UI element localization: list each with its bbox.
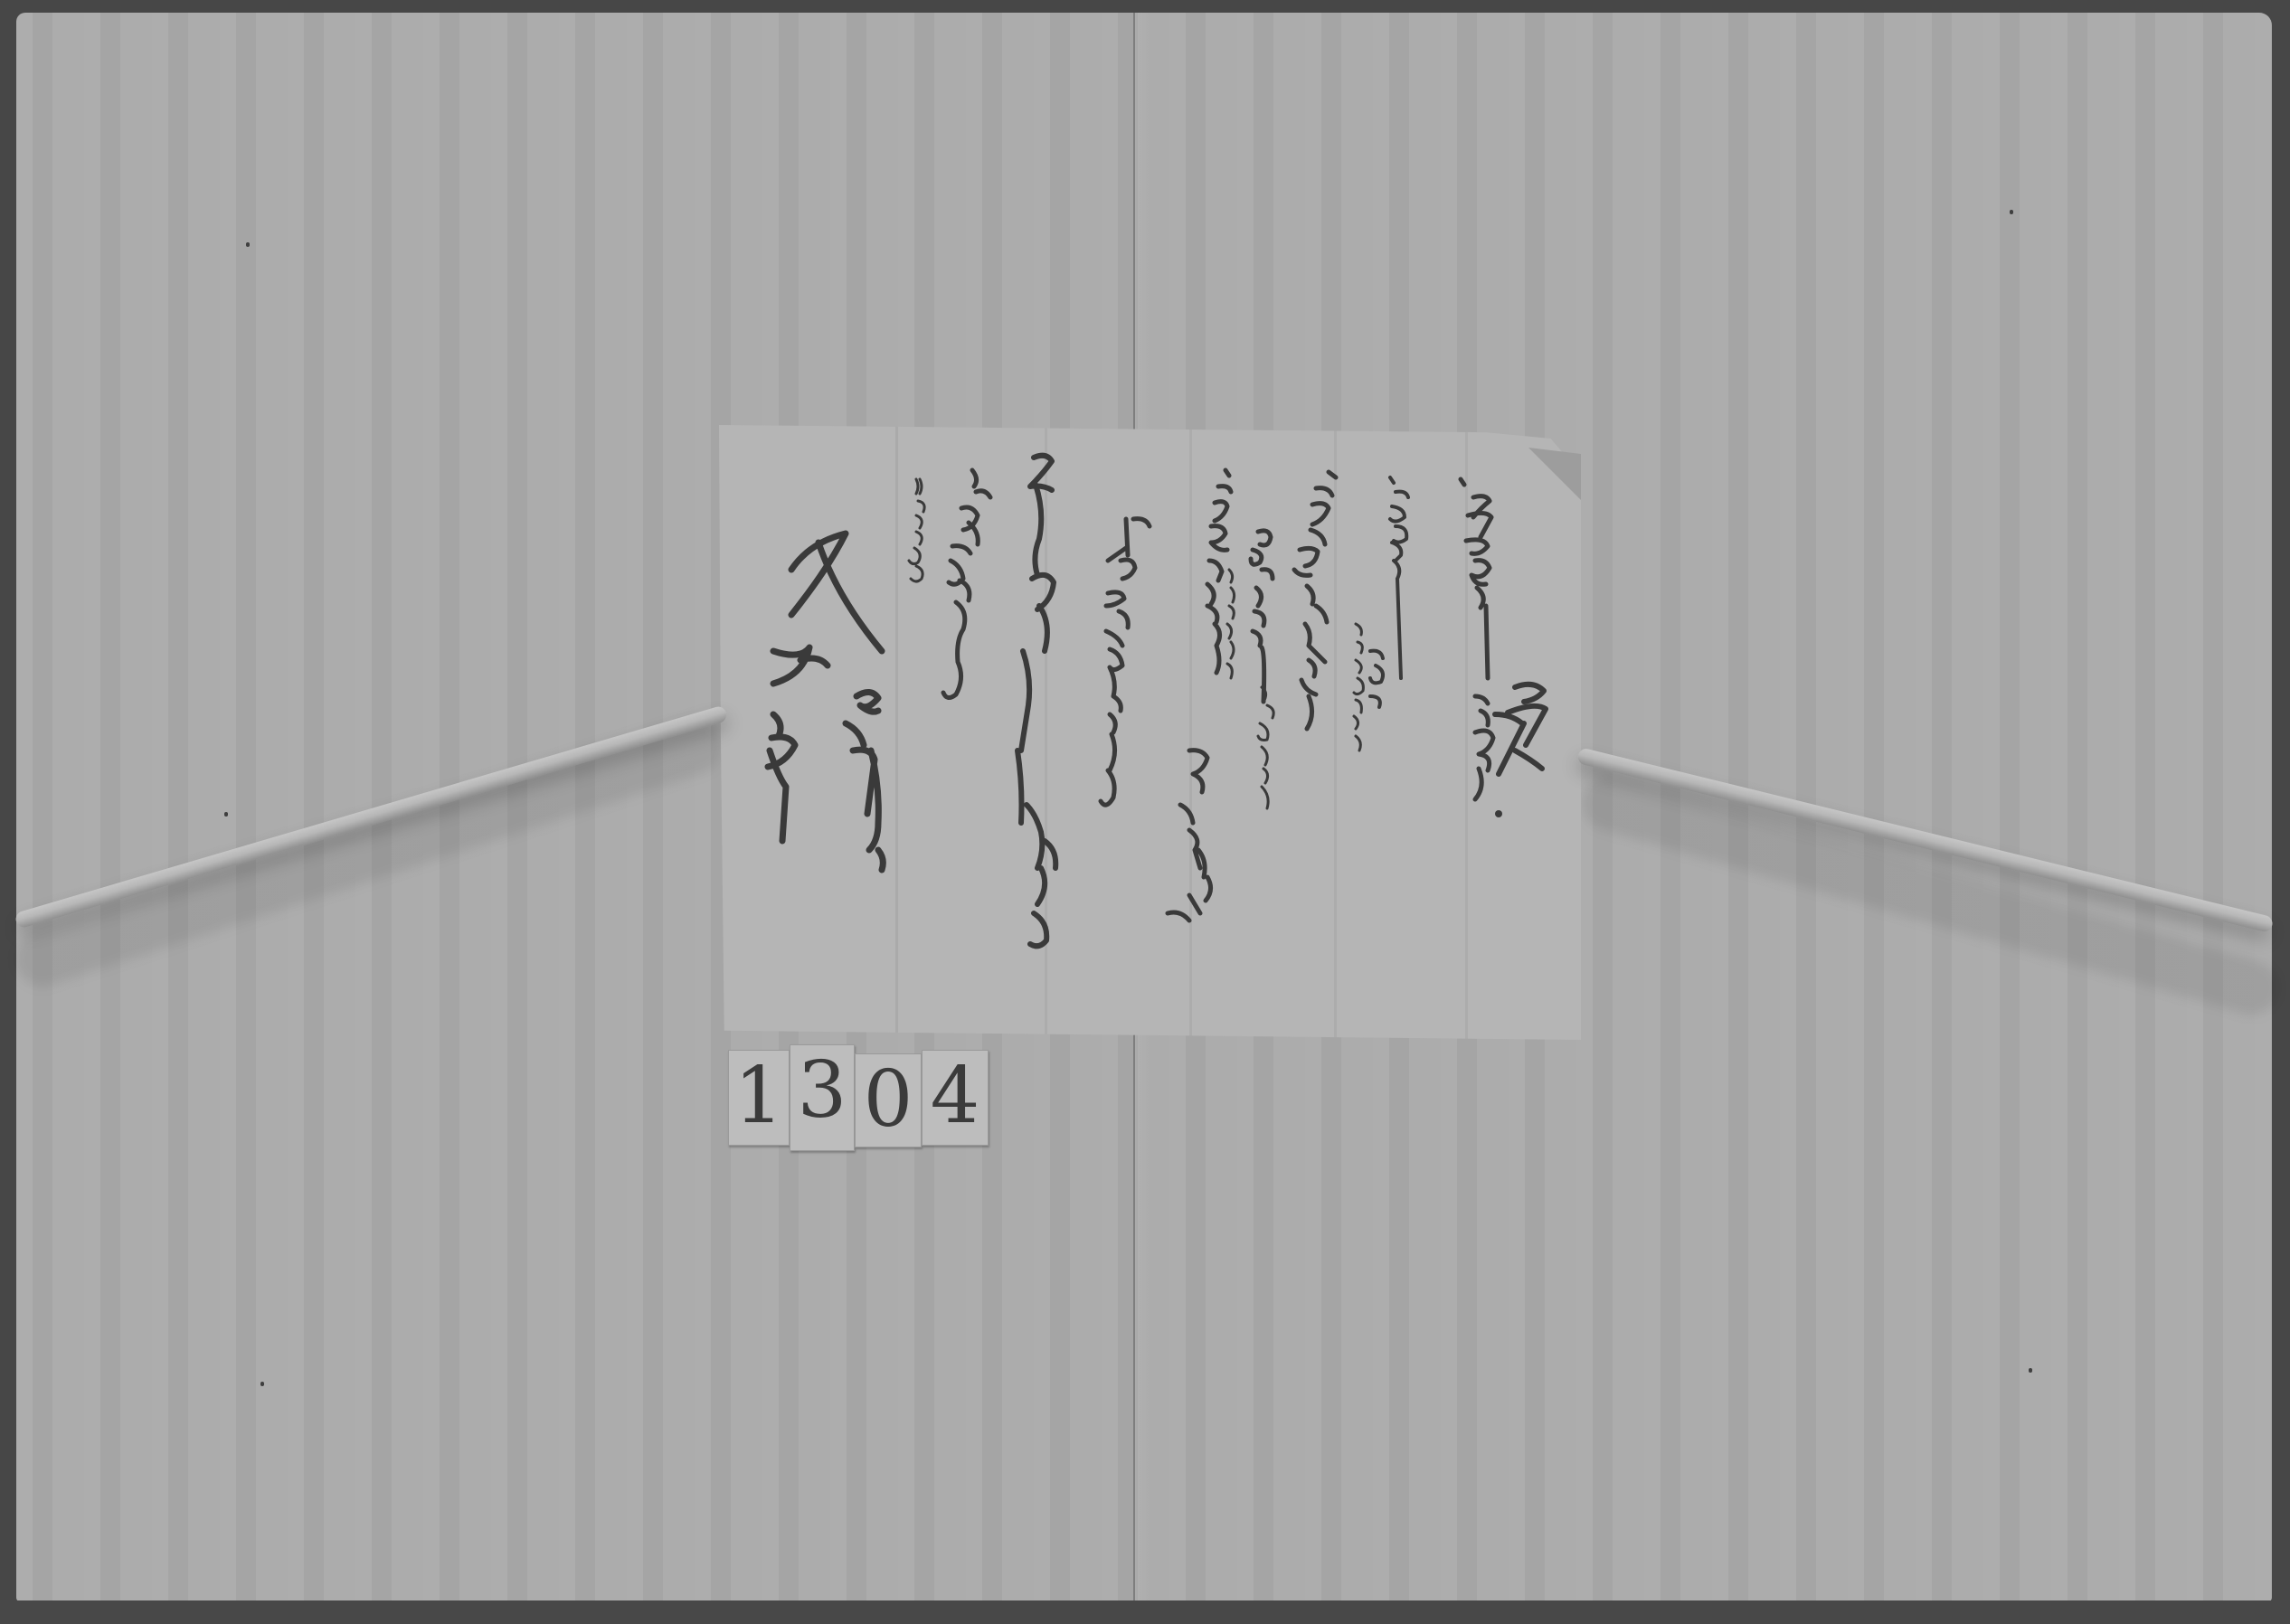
label-digit: 1 xyxy=(728,1050,790,1146)
script-column-9 xyxy=(1101,519,1150,805)
script-column-12 xyxy=(909,479,924,581)
script-column-1 xyxy=(1461,479,1493,799)
script-column-3 xyxy=(1354,624,1363,751)
script-column-4 xyxy=(1294,472,1336,729)
handwritten-document xyxy=(719,425,1581,1040)
mount-speck xyxy=(224,812,228,817)
script-column-6 xyxy=(1251,531,1273,702)
label-digit: 3 xyxy=(790,1044,855,1151)
catalog-number-label: 1 3 0 4 xyxy=(728,1044,989,1146)
bottom-frame-edge xyxy=(0,1600,2290,1624)
mount-speck xyxy=(260,1382,264,1386)
script-column-8 xyxy=(1168,470,1231,921)
label-digit: 4 xyxy=(922,1050,989,1146)
mount-speck xyxy=(2010,210,2013,214)
script-column-2 xyxy=(1370,477,1408,707)
mount-speck xyxy=(2029,1368,2032,1373)
label-digit: 0 xyxy=(855,1053,922,1147)
ink-dot xyxy=(1495,810,1502,817)
script-column-5 xyxy=(1258,687,1273,808)
cursive-script-ink xyxy=(719,425,1581,1040)
mount-speck xyxy=(246,242,250,247)
script-column-10 xyxy=(1017,456,1055,947)
script-column-7 xyxy=(1227,570,1235,678)
heading-glyph-oboe xyxy=(1495,685,1546,774)
script-column-11 xyxy=(943,470,990,698)
signature-large-glyph xyxy=(768,533,883,870)
